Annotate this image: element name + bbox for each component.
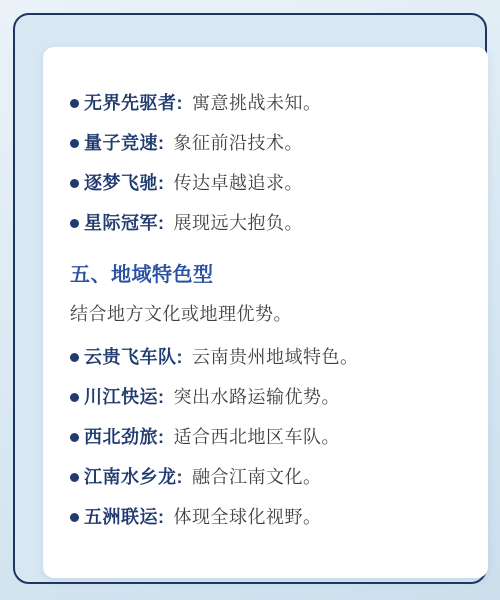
list-item: 无界先驱者: 寓意挑战未知。 [70,91,464,116]
list-item: 江南水乡龙: 融合江南文化。 [70,465,464,490]
list-item: 西北劲旅: 适合西北地区车队。 [70,425,464,450]
team-name-description: 体现全球化视野。 [174,505,322,530]
team-name-description: 适合西北地区车队。 [174,425,341,450]
team-name-description: 寓意挑战未知。 [192,91,322,116]
outer-border-frame: 无界先驱者: 寓意挑战未知。 量子竞速: 象征前沿技术。 逐梦飞驰: 传达卓越追… [13,13,487,584]
team-name-label: 无界先驱者: [84,91,183,116]
team-name-description: 融合江南文化。 [192,465,322,490]
team-name-description: 展现远大抱负。 [174,211,304,236]
list-item: 逐梦飞驰: 传达卓越追求。 [70,171,464,196]
team-name-label: 五洲联运: [84,505,165,530]
bullet-dot-icon [70,513,79,522]
bullet-dot-icon [70,353,79,362]
team-name-description: 云南贵州地域特色。 [192,345,359,370]
team-name-label: 量子竞速: [84,131,165,156]
section-five-heading: 五、地域特色型 [70,262,464,288]
list-item: 云贵飞车队: 云南贵州地域特色。 [70,345,464,370]
bullet-dot-icon [70,473,79,482]
team-name-label: 江南水乡龙: [84,465,183,490]
section-four-name-list: 无界先驱者: 寓意挑战未知。 量子竞速: 象征前沿技术。 逐梦飞驰: 传达卓越追… [70,91,464,236]
team-name-description: 传达卓越追求。 [174,171,304,196]
team-name-label: 逐梦飞驰: [84,171,165,196]
section-five-intro: 结合地方文化或地理优势。 [70,302,464,327]
list-item: 量子竞速: 象征前沿技术。 [70,131,464,156]
page-canvas: 无界先驱者: 寓意挑战未知。 量子竞速: 象征前沿技术。 逐梦飞驰: 传达卓越追… [0,0,500,600]
bullet-dot-icon [70,139,79,148]
section-five-name-list: 云贵飞车队: 云南贵州地域特色。 川江快运: 突出水路运输优势。 西北劲旅: 适… [70,345,464,530]
list-item: 川江快运: 突出水路运输优势。 [70,385,464,410]
bullet-dot-icon [70,179,79,188]
list-item: 星际冠军: 展现远大抱负。 [70,211,464,236]
bullet-dot-icon [70,433,79,442]
team-name-label: 西北劲旅: [84,425,165,450]
team-name-label: 星际冠军: [84,211,165,236]
team-name-label: 云贵飞车队: [84,345,183,370]
team-name-description: 突出水路运输优势。 [174,385,341,410]
team-name-description: 象征前沿技术。 [174,131,304,156]
content-card: 无界先驱者: 寓意挑战未知。 量子竞速: 象征前沿技术。 逐梦飞驰: 传达卓越追… [43,47,488,578]
bullet-dot-icon [70,393,79,402]
bullet-dot-icon [70,99,79,108]
list-item: 五洲联运: 体现全球化视野。 [70,505,464,530]
team-name-label: 川江快运: [84,385,165,410]
bullet-dot-icon [70,219,79,228]
